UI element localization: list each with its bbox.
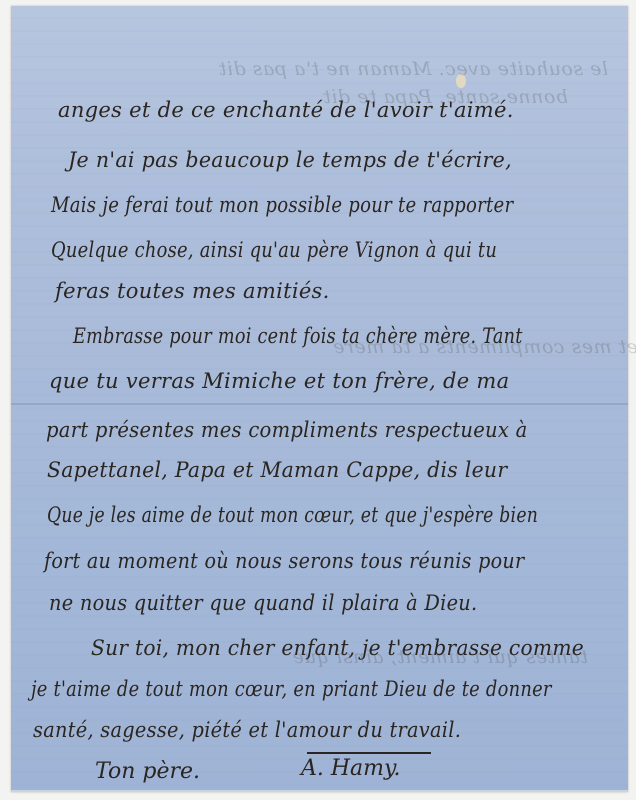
letter-line: santé, sagesse, piété et l'amour du trav… xyxy=(33,718,461,742)
letter-line: Je n'ai pas beaucoup le temps de t'écrir… xyxy=(68,148,512,172)
letter-line: feras toutes mes amitiés. xyxy=(55,279,330,303)
letter-line: part présentes mes compliments respectue… xyxy=(46,418,528,442)
letter-line: anges et de ce enchanté de l'avoir t'aim… xyxy=(58,98,514,122)
letter-page: le souhaite avec. Maman ne t'a pas dit b… xyxy=(11,6,628,792)
letter-line: Sapettanel, Papa et Maman Cappe, dis leu… xyxy=(47,458,507,482)
signature-flourish xyxy=(307,752,431,754)
letter-line: Quelque chose, ainsi qu'au père Vignon à… xyxy=(51,238,497,262)
bleed-through-text: le souhaite avec. Maman ne t'a pas dit xyxy=(0,58,608,80)
letter-line: fort au moment où nous serons tous réuni… xyxy=(44,549,524,573)
letter-closing: Ton père. xyxy=(95,759,200,784)
letter-line: ne nous quitter que quand il plaira à Di… xyxy=(49,591,477,615)
letter-line: que tu verras Mimiche et ton frère, de m… xyxy=(49,369,509,393)
letter-line: Sur toi, mon cher enfant, je t'embrasse … xyxy=(91,636,584,660)
letter-line: Embrasse pour moi cent fois ta chère mèr… xyxy=(73,324,523,348)
paper-fold-crease xyxy=(11,403,628,405)
letter-line: Mais je ferai tout mon possible pour te … xyxy=(51,193,513,217)
scan-background: le souhaite avec. Maman ne t'a pas dit b… xyxy=(0,0,636,800)
letter-signature: A. Hamy. xyxy=(301,756,401,781)
letter-line: je t'aime de tout mon cœur, en priant Di… xyxy=(31,677,552,701)
letter-line: Que je les aime de tout mon cœur, et que… xyxy=(47,503,538,527)
